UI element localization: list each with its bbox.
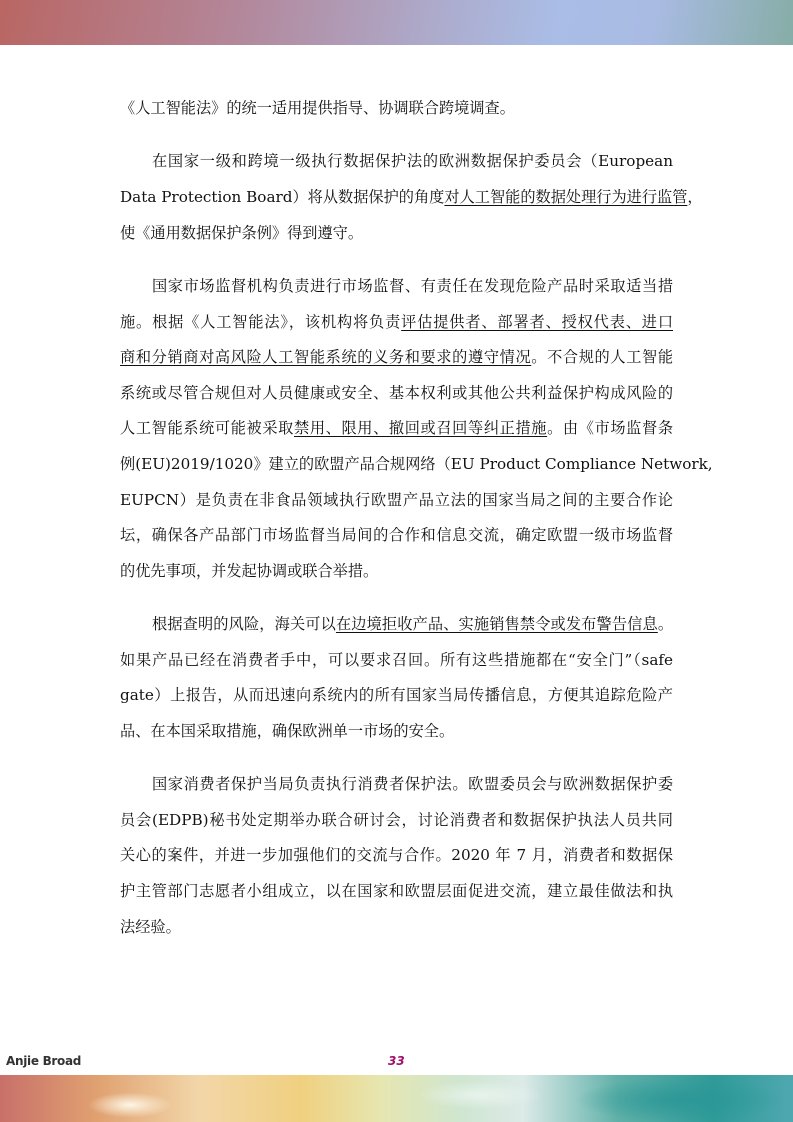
text-segment: 根据查明的风险，海关可以 [152,615,336,633]
underlined-phrase: 在边境拒收产品、实施销售禁令或发布警告信息 [336,615,658,633]
text-segment: 国家消费者保护当局负责执行消费者保护法。欧盟委员会与欧洲数据保护委 [152,775,673,793]
text-segment: 。由《市场监督条 [547,419,673,437]
text-line: 法经验。 [120,917,673,953]
text-line: 商和分销商对高风险人工智能系统的义务和要求的遵守情况。不合规的人工智能 [120,347,673,383]
text-segment: 关心的案件，并进一步加强他们的交流与合作。2020 年 7 月，消费者和数据保 [120,846,673,864]
page-number: 33 [388,1054,405,1068]
text-line: 的优先事项，并发起协调或联合举措。 [120,561,673,597]
text-segment: EUPCN）是负责在非食品领域执行欧盟产品立法的国家当局之间的主要合作论 [120,491,673,509]
text-segment: 在国家一级和跨境一级执行数据保护法的欧洲数据保护委员会（European [152,152,673,170]
text-line: 《人工智能法》的统一适用提供指导、协调联合跨境调查。 [120,98,673,134]
text-line: 人工智能系统可能被采取禁用、限用、撤回或召回等纠正措施。由《市场监督条 [120,418,673,454]
underlined-phrase: 对人工智能的数据处理行为进行监管 [444,188,687,206]
text-segment: 人工智能系统可能被采取 [120,419,294,437]
text-line: 在国家一级和跨境一级执行数据保护法的欧洲数据保护委员会（European [120,151,673,187]
text-line: 根据查明的风险，海关可以在边境拒收产品、实施销售禁令或发布警告信息。 [120,614,673,650]
footer-author-brand: Anjie Broad [6,1054,81,1068]
text-segment: 使《通用数据保护条例》得到遵守。 [120,224,363,242]
text-line: 国家消费者保护当局负责执行消费者保护法。欧盟委员会与欧洲数据保护委 [120,774,673,810]
text-line: gate）上报告，从而迅速向系统内的所有国家当局传播信息，方便其追踪危险产 [120,685,673,721]
underlined-phrase: 商和分销商对高风险人工智能系统的义务和要求的遵守情况 [120,348,531,366]
text-segment: 系统或尽管合规但对人员健康或安全、基本权利或其他公共利益保护构成风险的 [120,384,673,402]
text-segment: 坛，确保各产品部门市场监督当局间的合作和信息交流，确定欧盟一级市场监督 [120,526,673,544]
text-segment: Data Protection Board）将从数据保护的角度 [120,188,444,206]
text-segment: 品、在本国采取措施，确保欧洲单一市场的安全。 [120,722,454,740]
text-line: 护主管部门志愿者小组成立，以在国家和欧盟层面促进交流，建立最佳做法和执 [120,881,673,917]
text-segment: 护主管部门志愿者小组成立，以在国家和欧盟层面促进交流，建立最佳做法和执 [120,882,673,900]
document-body: 《人工智能法》的统一适用提供指导、协调联合跨境调查。 在国家一级和跨境一级执行数… [120,98,673,952]
text-segment: ， [687,188,702,206]
text-line: 国家市场监督机构负责进行市场监督、有责任在发现危险产品时采取适当措 [120,276,673,312]
text-segment: 。不合规的人工智能 [531,348,673,366]
text-line: 系统或尽管合规但对人员健康或安全、基本权利或其他公共利益保护构成风险的 [120,383,673,419]
text-segment: 例(EU)2019/1020》建立的欧盟产品合规网络（EU Product Co… [120,455,713,473]
footer-painted-art-band [0,1075,793,1122]
text-line: Data Protection Board）将从数据保护的角度对人工智能的数据处… [120,187,673,223]
text-line: 如果产品已经在消费者手中，可以要求召回。所有这些措施都在“安全门”（safe [120,650,673,686]
text-segment: gate）上报告，从而迅速向系统内的所有国家当局传播信息，方便其追踪危险产 [120,686,673,704]
text-segment: 的优先事项，并发起协调或联合举措。 [120,562,378,580]
underlined-phrase: 禁用、限用、撤回或召回等纠正措施 [294,419,547,437]
text-line: 坛，确保各产品部门市场监督当局间的合作和信息交流，确定欧盟一级市场监督 [120,525,673,561]
text-line: 员会(EDPB)秘书处定期举办联合研讨会，讨论消费者和数据保护执法人员共同 [120,810,673,846]
text-segment: 如果产品已经在消费者手中，可以要求召回。所有这些措施都在“安全门”（safe [120,651,673,669]
text-line: 例(EU)2019/1020》建立的欧盟产品合规网络（EU Product Co… [120,454,673,490]
text-segment: 员会(EDPB)秘书处定期举办联合研讨会，讨论消费者和数据保护执法人员共同 [120,811,673,829]
text-segment: 施。根据《人工智能法》，该机构将负责 [120,313,401,331]
text-line: 品、在本国采取措施，确保欧洲单一市场的安全。 [120,721,673,757]
text-line: 施。根据《人工智能法》，该机构将负责评估提供者、部署者、授权代表、进口 [120,312,673,348]
text-segment: 法经验。 [120,918,181,936]
underlined-phrase: 评估提供者、部署者、授权代表、进口 [401,313,673,331]
text-segment: 。 [658,615,673,633]
text-line: 关心的案件，并进一步加强他们的交流与合作。2020 年 7 月，消费者和数据保 [120,845,673,881]
text-line: EUPCN）是负责在非食品领域执行欧盟产品立法的国家当局之间的主要合作论 [120,490,673,526]
text-segment: 《人工智能法》的统一适用提供指导、协调联合跨境调查。 [120,99,515,117]
header-gradient-band [0,0,793,45]
text-line: 使《通用数据保护条例》得到遵守。 [120,223,673,259]
text-segment: 国家市场监督机构负责进行市场监督、有责任在发现危险产品时采取适当措 [152,277,673,295]
